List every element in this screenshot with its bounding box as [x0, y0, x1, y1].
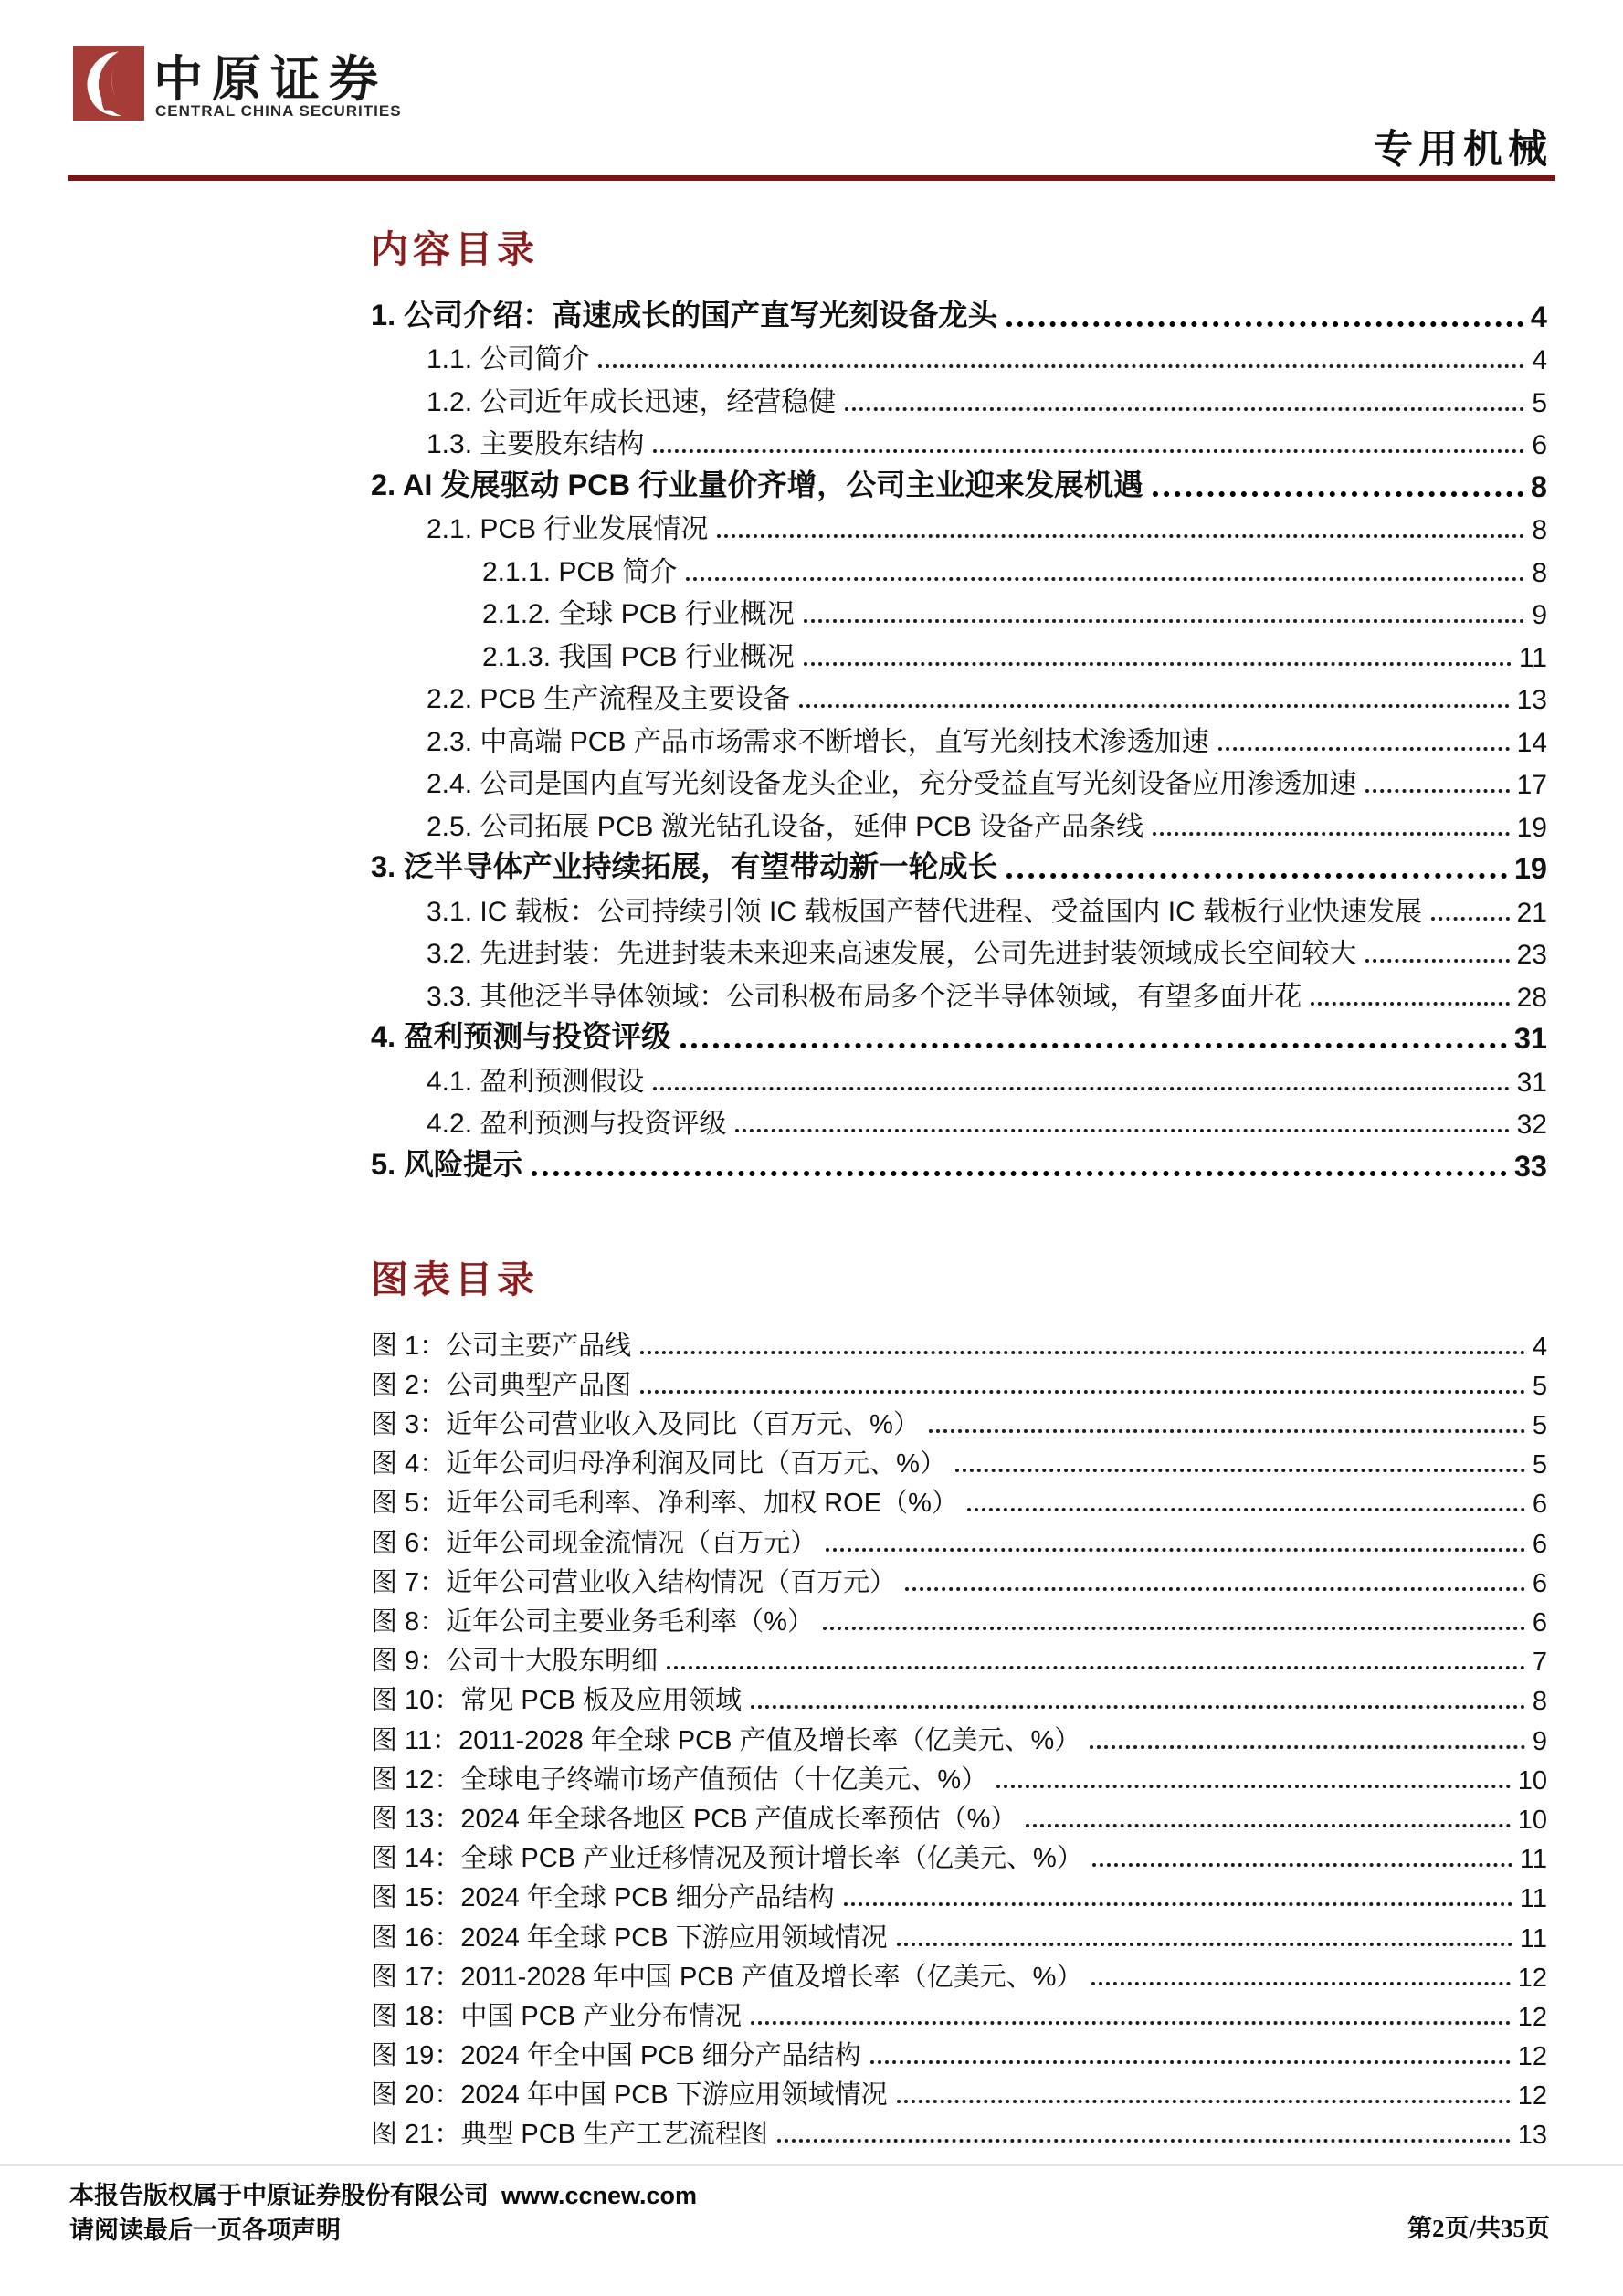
figure-entry[interactable]: 图 12：全球电子终端市场产值预估（十亿美元、%） 10 — [371, 1757, 1547, 1796]
toc-entry-page: 9 — [1532, 600, 1547, 631]
figure-entry-label: 图 20：2024 年中国 PCB 下游应用领域情况 — [371, 2074, 888, 2112]
toc-entry[interactable]: 1.2. 公司近年成长迅速，经营稳健 5 — [371, 376, 1547, 419]
figure-entry[interactable]: 图 17：2011-2028 年中国 PCB 产值及增长率（亿美元、%） 12 — [371, 1954, 1547, 1994]
figure-entry[interactable]: 图 5：近年公司毛利率、净利率、加权 ROE（%） 6 — [371, 1480, 1547, 1520]
toc-entry-label: 2.1. PCB 行业发展情况 — [427, 506, 708, 546]
footer-disclaimer-text: 请阅读最后一页各项声明 — [69, 2210, 341, 2246]
leader-dots — [777, 2139, 1511, 2143]
figure-entry[interactable]: 图 6：近年公司现金流情况（百万元） 6 — [371, 1520, 1547, 1559]
company-logo-icon — [73, 46, 144, 121]
leader-dots — [955, 1469, 1525, 1472]
toc-entry-label: 1.3. 主要股东结构 — [427, 421, 644, 461]
figure-entry-label: 图 4：近年公司归母净利润及同比（百万元、%） — [371, 1443, 946, 1480]
toc-entry-page: 28 — [1517, 983, 1547, 1014]
figure-entry-label: 图 17：2011-2028 年中国 PCB 产值及增长率（亿美元、%） — [371, 1956, 1082, 1994]
toc-entry-label: 2.1.2. 全球 PCB 行业概况 — [482, 591, 795, 631]
toc-entry[interactable]: 3. 泛半导体产业持续拓展，有望带动新一轮成长 19 — [371, 844, 1547, 887]
logo-swoosh-icon — [73, 46, 144, 121]
figure-entry-page: 11 — [1520, 1884, 1547, 1914]
leader-dots — [929, 1429, 1525, 1433]
toc-entry-label: 2.1.1. PCB 简介 — [482, 549, 677, 589]
figure-entry[interactable]: 图 9：公司十大股东明细 7 — [371, 1638, 1547, 1678]
figure-entry-page: 10 — [1518, 1806, 1547, 1836]
leader-dots — [845, 407, 1524, 411]
toc-entry-page: 14 — [1517, 728, 1547, 759]
toc-entry[interactable]: 2.1. PCB 行业发展情况 8 — [371, 504, 1547, 547]
figure-entry[interactable]: 图 7：近年公司营业收入结构情况（百万元） 6 — [371, 1560, 1547, 1599]
toc-entry-label: 1.1. 公司简介 — [427, 336, 589, 376]
figure-entry[interactable]: 图 20：2024 年中国 PCB 下游应用领域情况 12 — [371, 2072, 1547, 2112]
leader-dots — [686, 577, 1524, 581]
figure-entry-label: 图 10：常见 PCB 板及应用领域 — [371, 1680, 742, 1717]
toc-entry[interactable]: 2.1.2. 全球 PCB 行业概况 9 — [371, 589, 1547, 632]
figure-entry[interactable]: 图 21：典型 PCB 生产工艺流程图 13 — [371, 2112, 1547, 2151]
toc-entry-page: 21 — [1517, 898, 1547, 929]
toc-entry-label: 2.3. 中高端 PCB 产品市场需求不断增长，直写光刻技术渗透加速 — [427, 719, 1209, 759]
toc-entry-page: 13 — [1517, 685, 1547, 716]
figure-entry[interactable]: 图 14：全球 PCB 产业迁移情况及预计增长率（亿美元、%） 11 — [371, 1836, 1547, 1875]
leader-dots — [640, 1390, 1525, 1394]
figure-entry[interactable]: 图 8：近年公司主要业务毛利率（%） 6 — [371, 1599, 1547, 1638]
figure-entry-page: 11 — [1520, 1924, 1547, 1954]
figure-entry-page: 12 — [1518, 1964, 1547, 1994]
leader-dots — [1092, 1863, 1512, 1867]
leader-dots — [532, 1171, 1507, 1176]
toc-entry[interactable]: 2.3. 中高端 PCB 产品市场需求不断增长，直写光刻技术渗透加速 14 — [371, 716, 1547, 759]
figure-entry-page: 5 — [1533, 1372, 1547, 1402]
toc-entry-page: 32 — [1517, 1110, 1547, 1141]
figure-entry[interactable]: 图 2：公司典型产品图 5 — [371, 1363, 1547, 1402]
figure-entry-page: 5 — [1533, 1450, 1547, 1480]
toc-entry-page: 8 — [1532, 558, 1547, 589]
figure-entry-page: 11 — [1520, 1845, 1547, 1875]
leader-dots — [1218, 747, 1510, 751]
leader-dots — [823, 1627, 1525, 1630]
toc-entry[interactable]: 1.1. 公司简介 4 — [371, 334, 1547, 377]
figure-entry-label: 图 2：公司典型产品图 — [371, 1364, 631, 1402]
toc-title: 内容目录 — [371, 219, 1547, 273]
leader-dots — [1153, 491, 1523, 497]
toc-entry-page: 5 — [1532, 388, 1547, 419]
figure-entry-label: 图 12：全球电子终端市场产值预估（十亿美元、%） — [371, 1759, 987, 1796]
toc-entry-page: 11 — [1519, 643, 1547, 674]
toc-entry-label: 3.2. 先进封装：先进封装未来迎来高速发展，公司先进封装领域成长空间较大 — [427, 931, 1356, 971]
leader-dots — [735, 1129, 1509, 1132]
figure-entry-page: 10 — [1518, 1766, 1547, 1796]
figure-entry-page: 8 — [1533, 1687, 1547, 1717]
figure-entry-label: 图 11：2011-2028 年全球 PCB 产值及增长率（亿美元、%） — [371, 1720, 1080, 1757]
toc-entry[interactable]: 4. 盈利预测与投资评级 31 — [371, 1014, 1547, 1057]
toc-entry-page: 17 — [1517, 770, 1547, 801]
figure-entry-page: 7 — [1533, 1648, 1547, 1678]
page-content: 内容目录 1. 公司介绍：高速成长的国产直写光刻设备龙头 4 1.1. 公司简介… — [371, 219, 1547, 2151]
toc-entry-label: 2.1.3. 我国 PCB 行业概况 — [482, 634, 795, 674]
figure-entry-page: 13 — [1518, 2121, 1547, 2151]
header-divider — [68, 175, 1555, 181]
figure-entry-page: 12 — [1518, 2003, 1547, 2033]
toc-entry-page: 31 — [1514, 1022, 1547, 1056]
leader-dots — [1153, 832, 1510, 836]
figure-entry-label: 图 14：全球 PCB 产业迁移情况及预计增长率（亿美元、%） — [371, 1838, 1083, 1875]
leader-dots — [897, 1943, 1512, 1946]
toc-entry-label: 2.5. 公司拓展 PCB 激光钻孔设备，延伸 PCB 设备产品条线 — [427, 804, 1143, 844]
footer-divider — [0, 2164, 1623, 2166]
toc-entry-page: 8 — [1531, 470, 1547, 504]
figure-entry-label: 图 5：近年公司毛利率、净利率、加权 ROE（%） — [371, 1482, 958, 1520]
report-category-label: 专用机械 — [1374, 119, 1553, 174]
toc-entry-label: 2.4. 公司是国内直写光刻设备龙头企业，充分受益直写光刻设备应用渗透加速 — [427, 761, 1356, 801]
figure-entry-page: 6 — [1533, 1490, 1547, 1520]
leader-dots — [653, 1087, 1509, 1090]
leader-dots — [897, 2100, 1511, 2103]
figure-entry-label: 图 6：近年公司现金流情况（百万元） — [371, 1522, 817, 1560]
leader-dots — [640, 1351, 1525, 1354]
figure-entry[interactable]: 图 18：中国 PCB 产业分布情况 12 — [371, 1994, 1547, 2033]
leader-dots — [1365, 789, 1509, 793]
leader-dots — [751, 1705, 1525, 1709]
toc-entry[interactable]: 3.3. 其他泛半导体领域：公司积极布局多个泛半导体领域，有望多面开花 28 — [371, 971, 1547, 1014]
figure-entry-label: 图 18：中国 PCB 产业分布情况 — [371, 1996, 742, 2033]
leader-dots — [1091, 1982, 1510, 1985]
figure-entry-page: 12 — [1518, 2081, 1547, 2112]
figure-entry-page: 6 — [1533, 1569, 1547, 1599]
toc-entry-page: 4 — [1532, 345, 1547, 376]
leader-dots — [1006, 873, 1507, 879]
footer-copyright-text: 本报告版权属于中原证券股份有限公司 — [69, 2182, 489, 2209]
figure-entry-page: 6 — [1533, 1608, 1547, 1638]
leader-dots — [751, 2021, 1511, 2025]
leader-dots — [967, 1508, 1525, 1511]
figure-entry[interactable]: 图 1：公司主要产品线 4 — [371, 1323, 1547, 1363]
figure-entry[interactable]: 图 13：2024 年全球各地区 PCB 产值成长率预估（%） 10 — [371, 1796, 1547, 1836]
figure-entry-label: 图 21：典型 PCB 生产工艺流程图 — [371, 2113, 768, 2151]
figure-entry[interactable]: 图 3：近年公司营业收入及同比（百万元、%） 5 — [371, 1402, 1547, 1441]
leader-dots — [826, 1548, 1525, 1552]
toc-entry[interactable]: 2. AI 发展驱动 PCB 行业量价齐增，公司主业迎来发展机遇 8 — [371, 461, 1547, 504]
toc-entry-label: 4.2. 盈利预测与投资评级 — [427, 1101, 726, 1141]
toc-entry-label: 2.2. PCB 生产流程及主要设备 — [427, 676, 790, 716]
toc-entry[interactable]: 1. 公司介绍：高速成长的国产直写光刻设备龙头 4 — [371, 291, 1547, 334]
figure-entry-label: 图 16：2024 年全球 PCB 下游应用领域情况 — [371, 1917, 888, 1954]
figure-entry[interactable]: 图 10：常见 PCB 板及应用领域 8 — [371, 1678, 1547, 1717]
leader-dots — [996, 1785, 1511, 1788]
toc-entry-label: 1.2. 公司近年成长迅速，经营稳健 — [427, 379, 836, 419]
footer-website-link[interactable]: www.ccnew.com — [501, 2182, 697, 2209]
leader-dots — [804, 662, 1512, 666]
toc-entry[interactable]: 2.4. 公司是国内直写光刻设备龙头企业，充分受益直写光刻设备应用渗透加速 17 — [371, 759, 1547, 802]
toc-entry-label: 4.1. 盈利预测假设 — [427, 1058, 644, 1099]
figure-entry-label: 图 7：近年公司营业收入结构情况（百万元） — [371, 1562, 896, 1599]
leader-dots — [667, 1666, 1525, 1669]
page-indicator: 第2页/共35页 — [1407, 2208, 1550, 2244]
figure-entry-page: 6 — [1533, 1530, 1547, 1560]
leader-dots — [1090, 1745, 1525, 1749]
toc-entry-page: 4 — [1531, 300, 1547, 334]
toc-entry[interactable]: 2.1.3. 我国 PCB 行业概况 11 — [371, 631, 1547, 674]
toc-entry[interactable]: 3.1. IC 载板：公司持续引领 IC 载板国产替代进程、受益国内 IC 载板… — [371, 886, 1547, 929]
leader-dots — [1311, 1002, 1509, 1006]
toc-entry-label: 3.3. 其他泛半导体领域：公司积极布局多个泛半导体领域，有望多面开花 — [427, 974, 1302, 1014]
footer-copyright-line: 本报告版权属于中原证券股份有限公司www.ccnew.com — [69, 2175, 697, 2211]
leader-dots — [1006, 321, 1523, 327]
company-name-en: CENTRAL CHINA SECURITIES — [155, 102, 402, 121]
leader-dots — [905, 1587, 1525, 1591]
figure-entry-page: 9 — [1533, 1727, 1547, 1757]
figure-entry[interactable]: 图 11：2011-2028 年全球 PCB 产值及增长率（亿美元、%） 9 — [371, 1717, 1547, 1756]
toc-entry-label: 3. 泛半导体产业持续拓展，有望带动新一轮成长 — [371, 844, 997, 886]
figure-entry-label: 图 1：公司主要产品线 — [371, 1325, 631, 1363]
figure-entry-page: 5 — [1533, 1411, 1547, 1441]
toc-entry-page: 19 — [1517, 813, 1547, 844]
leader-dots — [1026, 1824, 1510, 1827]
toc-entry-label: 4. 盈利预测与投资评级 — [371, 1014, 671, 1056]
leader-dots — [804, 619, 1525, 623]
leader-dots — [598, 364, 1524, 368]
leader-dots — [1431, 917, 1510, 921]
toc-entry[interactable]: 1.3. 主要股东结构 6 — [371, 419, 1547, 462]
toc-entry-page: 19 — [1514, 852, 1547, 886]
leader-dots — [870, 2060, 1511, 2064]
leader-dots — [680, 1043, 1507, 1048]
figure-entry-label: 图 8：近年公司主要业务毛利率（%） — [371, 1601, 814, 1638]
toc-entry[interactable]: 5. 风险提示 33 — [371, 1141, 1547, 1184]
figure-entry[interactable]: 图 4：近年公司归母净利润及同比（百万元、%） 5 — [371, 1441, 1547, 1480]
toc-list: 1. 公司介绍：高速成长的国产直写光刻设备龙头 4 1.1. 公司简介 4 1.… — [371, 291, 1547, 1184]
toc-entry-label: 2. AI 发展驱动 PCB 行业量价齐增，公司主业迎来发展机遇 — [371, 462, 1143, 504]
toc-entry[interactable]: 2.2. PCB 生产流程及主要设备 13 — [371, 674, 1547, 717]
toc-entry-page: 33 — [1514, 1150, 1547, 1184]
figure-entry-label: 图 19：2024 年全中国 PCB 细分产品结构 — [371, 2035, 861, 2072]
toc-entry-label: 3.1. IC 载板：公司持续引领 IC 载板国产替代进程、受益国内 IC 载板… — [427, 889, 1422, 929]
toc-entry[interactable]: 4.1. 盈利预测假设 31 — [371, 1056, 1547, 1099]
figure-entry-label: 图 15：2024 年全球 PCB 细分产品结构 — [371, 1877, 835, 1914]
figure-entry-label: 图 3：近年公司营业收入及同比（百万元、%） — [371, 1404, 920, 1441]
toc-entry[interactable]: 4.2. 盈利预测与投资评级 32 — [371, 1099, 1547, 1142]
company-name-cn: 中原证券 — [153, 40, 387, 111]
leader-dots — [717, 534, 1524, 538]
figure-list: 图 1：公司主要产品线 4 图 2：公司典型产品图 5 图 3：近年公司营业收入… — [371, 1323, 1547, 2152]
leader-dots — [844, 1902, 1512, 1906]
toc-entry[interactable]: 3.2. 先进封装：先进封装未来迎来高速发展，公司先进封装领域成长空间较大 23 — [371, 929, 1547, 972]
toc-entry-page: 6 — [1532, 430, 1547, 461]
toc-entry-label: 5. 风险提示 — [371, 1142, 522, 1184]
toc-entry-label: 1. 公司介绍：高速成长的国产直写光刻设备龙头 — [371, 292, 997, 334]
toc-entry[interactable]: 2.5. 公司拓展 PCB 激光钻孔设备，延伸 PCB 设备产品条线 19 — [371, 801, 1547, 844]
figure-entry[interactable]: 图 19：2024 年全中国 PCB 细分产品结构 12 — [371, 2033, 1547, 2072]
figure-list-title: 图表目录 — [371, 1249, 1547, 1303]
leader-dots — [799, 704, 1509, 708]
toc-entry-page: 23 — [1517, 940, 1547, 971]
figure-entry-label: 图 13：2024 年全球各地区 PCB 产值成长率预估（%） — [371, 1798, 1017, 1836]
figure-entry[interactable]: 图 16：2024 年全球 PCB 下游应用领域情况 11 — [371, 1914, 1547, 1954]
toc-entry-page: 8 — [1532, 515, 1547, 546]
toc-entry[interactable]: 2.1.1. PCB 简介 8 — [371, 546, 1547, 589]
leader-dots — [653, 449, 1524, 453]
figure-entry-page: 4 — [1533, 1332, 1547, 1363]
figure-entry-page: 12 — [1518, 2042, 1547, 2072]
figure-entry[interactable]: 图 15：2024 年全球 PCB 细分产品结构 11 — [371, 1875, 1547, 1914]
figure-entry-label: 图 9：公司十大股东明细 — [371, 1640, 658, 1678]
toc-entry-page: 31 — [1517, 1068, 1547, 1099]
leader-dots — [1365, 959, 1509, 963]
